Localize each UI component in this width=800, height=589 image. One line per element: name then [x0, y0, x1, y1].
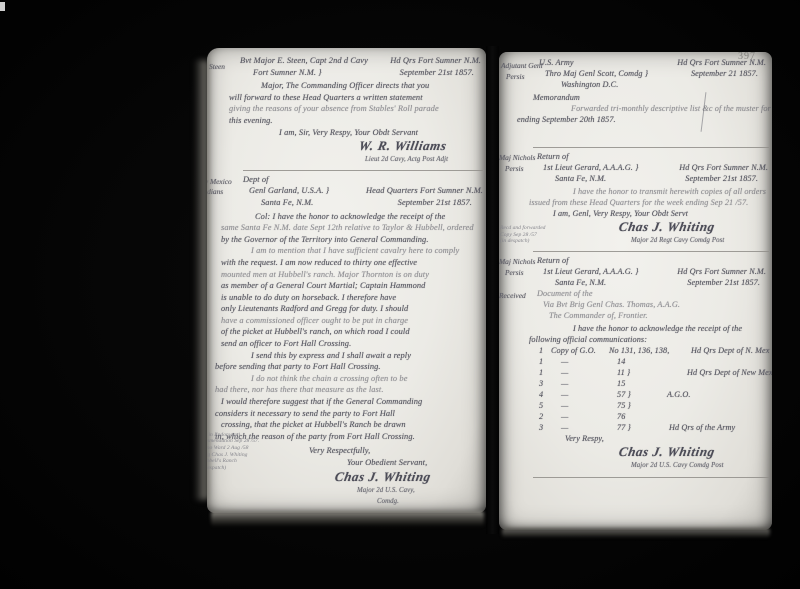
- handwritten-line: as member of a General Court Martial; Ca…: [207, 280, 486, 292]
- handwritten-line: send an officer to Fort Hall Crossing.: [207, 338, 486, 350]
- handwritten-line: considers it necessary to send the party…: [207, 408, 486, 420]
- handwritten-text: Chas J. Whiting: [618, 219, 717, 235]
- handwritten-line: 5—75 }: [499, 400, 772, 411]
- handwritten-line: Major 2d U.S. Cavy,: [207, 485, 486, 497]
- handwritten-text: U.S. Army: [539, 57, 574, 68]
- handwritten-text: had there, nor has there that measure as…: [215, 384, 384, 396]
- handwritten-fragment: —: [561, 411, 568, 422]
- handwritten-line: this evening.: [207, 115, 486, 127]
- handwritten-line: Lieut 2d Cavy, Actg Post Adjt: [207, 154, 486, 166]
- left-page-side-edge: [194, 60, 208, 500]
- handwritten-fragment: 1: [539, 356, 543, 367]
- handwritten-text: by the Governor of the Territory into Ge…: [221, 234, 429, 246]
- handwritten-text: Genl Garland, U.S.A. }: [249, 185, 329, 197]
- handwritten-line: will forward to these Head Quarters a wr…: [207, 92, 486, 104]
- handwritten-text: Document of the: [537, 288, 593, 299]
- microfilm-frame: { "page_number": "397", "paper_color": "…: [0, 0, 800, 589]
- handwritten-text: Hd Qrs Fort Sumner N.M.: [677, 57, 766, 68]
- handwritten-fragment: No 131, 136, 138,: [609, 345, 669, 356]
- handwritten-line: 1Copy of G.O.No 131, 136, 138,Hd Qrs Dep…: [499, 345, 772, 356]
- handwritten-line: Col: I have the honor to acknowledge the…: [207, 211, 486, 223]
- handwritten-line: of the picket at Hubbell's ranch, on whi…: [207, 326, 486, 338]
- handwritten-fragment: 2: [539, 411, 543, 422]
- handwritten-text: 1st Lieut Gerard, A.A.A.G. }: [543, 162, 638, 173]
- handwritten-fragment: 75 }: [617, 400, 631, 411]
- letter-entry: New MexicoIndiansDept ofGenl Garland, U.…: [207, 174, 486, 508]
- handwritten-line: have a commissioned officer ought to be …: [207, 315, 486, 327]
- handwritten-fragment: 77 }: [617, 422, 631, 433]
- handwritten-text: Santa Fe, N.M.: [555, 277, 606, 288]
- handwritten-text: with the request. I am now reduced to th…: [221, 257, 417, 269]
- handwritten-fragment: 5: [539, 400, 543, 411]
- handwritten-line: 3—77 }Hd Qrs of the Army: [499, 422, 772, 433]
- handwritten-line: same Santa Fe N.M. date Sept 12th relati…: [207, 222, 486, 234]
- handwritten-fragment: 76: [617, 411, 625, 422]
- left-page-entries: SteenBvt Major E. Steen, Capt 2nd d Cavy…: [207, 48, 486, 513]
- entry-divider-rule: [533, 147, 769, 148]
- handwritten-line: by the Governor of the Territory into Ge…: [207, 234, 486, 246]
- entry-divider-rule: [243, 170, 483, 171]
- handwritten-line: Santa Fe, N.M.September 21st 1857.: [207, 197, 486, 209]
- right-manuscript-page: 397 Adjutant GenlPersisU.S. ArmyHd Qrs F…: [499, 52, 772, 530]
- handwritten-text: September 21st 1857.: [687, 277, 760, 288]
- pencil-annotation: (Ansd in Endorsemt)Recommendation Sep 28…: [207, 432, 260, 472]
- handwritten-line: ending September 20th 1857.: [499, 114, 772, 125]
- handwritten-line: Comdg.: [207, 496, 486, 508]
- handwritten-fragment: Hd Qrs Dept of New Mexico: [687, 367, 772, 378]
- handwritten-text: only Lieutenants Radford and Gregg for d…: [221, 303, 408, 315]
- handwritten-text: Santa Fe, N.M.: [261, 197, 313, 209]
- handwritten-line: with the request. I am now reduced to th…: [207, 257, 486, 269]
- handwritten-fragment: 14: [617, 356, 625, 367]
- handwritten-fragment: 11 }: [617, 367, 630, 378]
- handwritten-text: Fort Sumner N.M. }: [253, 67, 322, 79]
- handwritten-text: giving the reasons of your absence from …: [229, 103, 439, 115]
- handwritten-text: Bvt Major E. Steen, Capt 2nd d Cavy: [240, 55, 368, 67]
- handwritten-line: I am, Sir, Very Respy, Your Obdt Servant: [207, 127, 486, 139]
- handwritten-line: I am to mention that I have sufficient c…: [207, 245, 486, 257]
- handwritten-line: I do not think the chain a crossing ofte…: [207, 373, 486, 385]
- handwritten-text: Very Respectfully,: [309, 445, 370, 457]
- left-page-bottom-edge: [211, 511, 484, 526]
- handwritten-fragment: 1: [539, 345, 543, 356]
- handwritten-line: 3—15: [499, 378, 772, 389]
- handwritten-fragment: 4: [539, 389, 543, 400]
- handwritten-line: I would therefore suggest that if the Ge…: [207, 396, 486, 408]
- handwritten-line: Memorandum: [499, 92, 772, 103]
- handwritten-text: this evening.: [229, 115, 273, 127]
- handwritten-fragment: —: [561, 422, 568, 433]
- handwritten-line: Return of: [499, 255, 772, 266]
- handwritten-text: I would therefore suggest that if the Ge…: [221, 396, 422, 408]
- handwritten-fragment: 57 }: [617, 389, 631, 400]
- handwritten-text: issued from these Head Quarters for the …: [529, 197, 748, 208]
- handwritten-text: Hd Qrs Fort Sumner N.M.: [677, 266, 766, 277]
- handwritten-text: I do not think the chain a crossing ofte…: [251, 373, 408, 385]
- handwritten-text: Major 2d U.S. Cavy,: [357, 485, 415, 497]
- handwritten-fragment: 3: [539, 378, 543, 389]
- handwritten-text: W. R. Williams: [358, 138, 448, 154]
- handwritten-line: Dept of: [207, 174, 486, 186]
- handwritten-line: 1—11 }Hd Qrs Dept of New Mexico: [499, 367, 772, 378]
- pencil-line: Recommendation Sep 28 /57.: [207, 438, 260, 445]
- handwritten-line: Thro Maj Genl Scott, Comdg }September 21…: [499, 68, 772, 79]
- handwritten-text: Major 2d U.S. Cavy Comdg Post: [631, 460, 724, 471]
- handwritten-text: as member of a General Court Martial; Ca…: [221, 280, 425, 292]
- handwritten-line: Forwarded tri-monthly descriptive list &…: [499, 103, 772, 114]
- handwritten-text: ending September 20th 1857.: [517, 114, 616, 125]
- handwritten-line: Santa Fe, N.M.September 21st 1857.: [499, 277, 772, 288]
- handwritten-text: Memorandum: [533, 92, 580, 103]
- handwritten-line: The Commander of, Frontier.: [499, 310, 772, 321]
- handwritten-line: I send this by express and I shall await…: [207, 350, 486, 362]
- handwritten-text: September 21st 1857.: [685, 173, 758, 184]
- handwritten-text: Via Bvt Brig Genl Chas. Thomas, A.A.G.: [543, 299, 680, 310]
- book-gutter: [486, 46, 499, 534]
- handwritten-line: Santa Fe, N.M.September 21st 1857.: [499, 173, 772, 184]
- handwritten-line: W. R. Williams: [207, 138, 486, 154]
- handwritten-line: Fort Sumner N.M. }September 21st 1857.: [207, 67, 486, 79]
- handwritten-text: Major 2d Regt Cavy Comdg Post: [631, 235, 724, 246]
- letter-entry: Maj NicholsPersisReturn of1st Lieut Gera…: [499, 151, 772, 252]
- handwritten-text: September 21st 1857.: [400, 67, 474, 79]
- handwritten-line: Chas J. Whiting: [499, 444, 772, 460]
- handwritten-text: Head Quarters Fort Sumner N.M.: [366, 185, 483, 197]
- handwritten-text: of the picket at Hubbell's ranch, on whi…: [221, 326, 410, 338]
- handwritten-line: Genl Garland, U.S.A. }Head Quarters Fort…: [207, 185, 486, 197]
- handwritten-line: 2—76: [499, 411, 772, 422]
- letter-entry: Maj NicholsPersisReceivedReturn of1st Li…: [499, 255, 772, 478]
- handwritten-fragment: —: [561, 400, 568, 411]
- handwritten-text: Thro Maj Genl Scott, Comdg }: [545, 68, 648, 79]
- handwritten-fragment: A.G.O.: [667, 389, 691, 400]
- handwritten-line: Major 2d U.S. Cavy Comdg Post: [499, 460, 772, 471]
- handwritten-text: send an officer to Fort Hall Crossing.: [221, 338, 351, 350]
- handwritten-line: is unable to do duty on horseback. I the…: [207, 292, 486, 304]
- handwritten-text: Forwarded tri-monthly descriptive list &…: [571, 103, 772, 114]
- handwritten-line: I am, Genl, Very Respy, Your Obdt Servt: [499, 208, 772, 219]
- handwritten-fragment: —: [561, 367, 568, 378]
- handwritten-fragment: 1: [539, 367, 543, 378]
- handwritten-line: mounted men at Hubbell's ranch. Major Th…: [207, 269, 486, 281]
- handwritten-text: Santa Fe, N.M.: [555, 173, 606, 184]
- pencil-line: Rel. Jno Ward 2 Aug /58: [207, 445, 260, 452]
- handwritten-text: The Commander of, Frontier.: [549, 310, 648, 321]
- handwritten-text: I have the honor to acknowledge the rece…: [573, 323, 742, 334]
- pencil-annotation: Recd and forwardedCopy Sep 28 /57(in des…: [500, 225, 566, 245]
- handwritten-line: Washington D.C.: [499, 79, 772, 90]
- handwritten-line: 4—57 }A.G.O.: [499, 389, 772, 400]
- handwritten-text: Hd Qrs Fort Sumner N.M.: [390, 55, 481, 67]
- handwritten-text: Chas J. Whiting: [618, 444, 717, 460]
- handwritten-text: September 21 1857.: [691, 68, 758, 79]
- pencil-line: (Ansd in Endorsemt): [207, 432, 260, 439]
- pencil-line: (in despatch): [500, 238, 566, 245]
- handwritten-line: crossing, that the picket at Hubbell's R…: [207, 419, 486, 431]
- handwritten-line: following official communications:: [499, 334, 772, 345]
- handwritten-text: I send this by express and I shall await…: [251, 350, 411, 362]
- handwritten-text: 1st Lieut Gerard, A.A.A.G. }: [543, 266, 638, 277]
- handwritten-line: had there, nor has there that measure as…: [207, 384, 486, 396]
- handwritten-fragment: Hd Qrs of the Army: [669, 422, 735, 433]
- handwritten-fragment: Hd Qrs Dept of N. Mex: [691, 345, 770, 356]
- handwritten-text: will forward to these Head Quarters a wr…: [229, 92, 423, 104]
- handwritten-line: I have the honor to acknowledge the rece…: [499, 323, 772, 334]
- right-page-entries: Adjutant GenlPersisU.S. ArmyHd Qrs Fort …: [499, 52, 772, 530]
- handwritten-line: Via Bvt Brig Genl Chas. Thomas, A.A.G.: [499, 299, 772, 310]
- pencil-line: at Hubbell's Ranch: [207, 458, 260, 465]
- handwritten-text: Your Obedient Servant,: [347, 457, 427, 469]
- handwritten-line: 1st Lieut Gerard, A.A.A.G. }Hd Qrs Fort …: [499, 266, 772, 277]
- handwritten-fragment: —: [561, 378, 568, 389]
- handwritten-text: Return of: [537, 255, 569, 266]
- handwritten-text: Hd Qrs Fort Sumner N.M.: [679, 162, 768, 173]
- handwritten-line: Return of: [499, 151, 772, 162]
- handwritten-text: crossing, that the picket at Hubbell's R…: [221, 419, 406, 431]
- entry-divider-rule: [533, 477, 769, 478]
- handwritten-text: before sending that party to Fort Hall C…: [215, 361, 381, 373]
- handwritten-text: Col: I have the honor to acknowledge the…: [255, 211, 445, 223]
- handwritten-text: Very Respy,: [565, 433, 604, 444]
- pencil-line: (see despatch): [207, 465, 260, 472]
- handwritten-line: 1st Lieut Gerard, A.A.A.G. }Hd Qrs Fort …: [499, 162, 772, 173]
- handwritten-text: mounted men at Hubbell's ranch. Major Th…: [221, 269, 429, 281]
- right-page-bottom-edge: [502, 528, 770, 537]
- film-scratch: [0, 2, 5, 11]
- handwritten-fragment: Copy of G.O.: [551, 345, 596, 356]
- handwritten-fragment: —: [561, 389, 568, 400]
- handwritten-line: 1—14: [499, 356, 772, 367]
- handwritten-text: September 21st 1857.: [398, 197, 472, 209]
- handwritten-fragment: 3: [539, 422, 543, 433]
- handwritten-text: I have the honor to transmit herewith co…: [573, 186, 766, 197]
- handwritten-text: Dept of: [243, 174, 269, 186]
- handwritten-line: before sending that party to Fort Hall C…: [207, 361, 486, 373]
- handwritten-text: Chas J. Whiting: [334, 469, 433, 485]
- handwritten-line: I have the honor to transmit herewith co…: [499, 186, 772, 197]
- handwritten-line: Major, The Commanding Officer directs th…: [207, 80, 486, 92]
- handwritten-line: giving the reasons of your absence from …: [207, 103, 486, 115]
- handwritten-line: Very Respy,: [499, 433, 772, 444]
- handwritten-line: Bvt Major E. Steen, Capt 2nd d CavyHd Qr…: [207, 55, 486, 67]
- pencil-line: Comdg Chas J. Whiting: [207, 452, 260, 459]
- handwritten-text: Washington D.C.: [561, 79, 618, 90]
- handwritten-text: have a commissioned officer ought to be …: [221, 315, 408, 327]
- letter-entry: SteenBvt Major E. Steen, Capt 2nd d Cavy…: [207, 55, 486, 171]
- handwritten-text: same Santa Fe N.M. date Sept 12th relati…: [221, 222, 474, 234]
- handwritten-fragment: —: [561, 356, 568, 367]
- handwritten-text: Lieut 2d Cavy, Actg Post Adjt: [365, 154, 448, 166]
- left-manuscript-page: SteenBvt Major E. Steen, Capt 2nd d Cavy…: [207, 48, 486, 513]
- letter-entry: Adjutant GenlPersisU.S. ArmyHd Qrs Fort …: [499, 57, 772, 148]
- handwritten-line: U.S. ArmyHd Qrs Fort Sumner N.M.: [499, 57, 772, 68]
- handwritten-text: I am, Sir, Very Respy, Your Obdt Servant: [279, 127, 418, 139]
- handwritten-text: I am to mention that I have sufficient c…: [251, 245, 459, 257]
- handwritten-text: following official communications:: [529, 334, 647, 345]
- handwritten-text: is unable to do duty on horseback. I the…: [221, 292, 396, 304]
- handwritten-text: Return of: [537, 151, 569, 162]
- handwritten-line: only Lieutenants Radford and Gregg for d…: [207, 303, 486, 315]
- handwritten-line: Document of the: [499, 288, 772, 299]
- handwritten-text: Major, The Commanding Officer directs th…: [261, 80, 429, 92]
- handwritten-line: issued from these Head Quarters for the …: [499, 197, 772, 208]
- pencil-line: Recd and forwarded: [500, 225, 566, 232]
- handwritten-text: Comdg.: [377, 496, 399, 508]
- entry-divider-rule: [533, 251, 769, 252]
- handwritten-text: considers it necessary to send the party…: [215, 408, 395, 420]
- handwritten-fragment: 15: [617, 378, 625, 389]
- handwritten-text: I am, Genl, Very Respy, Your Obdt Servt: [553, 208, 688, 219]
